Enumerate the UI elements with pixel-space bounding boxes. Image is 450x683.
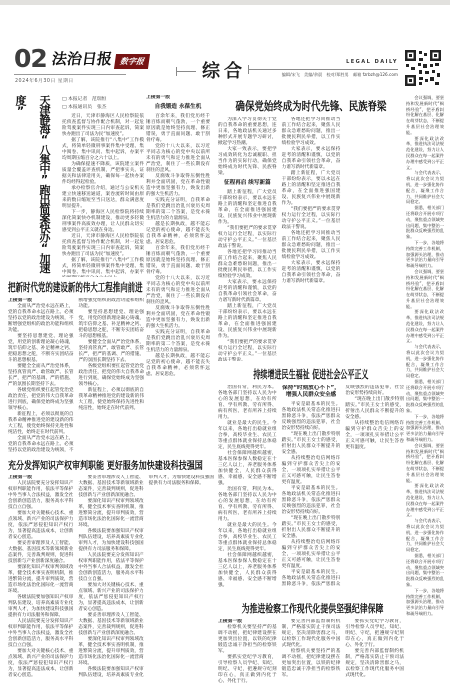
article-ip-trial: 充分发挥知识产权审判职能 更好服务加快建设科技强国 上接第一版 人民法院要充分发… bbox=[8, 457, 214, 683]
article-a-vertical-headline: 天津静海“八集中”跑出简案快办“加速度” bbox=[8, 95, 56, 277]
edition-badge: 数字报 bbox=[114, 54, 150, 69]
article-d-headline: 确保党始终成为时代先锋、民族脊梁 bbox=[236, 98, 387, 114]
paper-logo: 法治日报 bbox=[50, 48, 113, 69]
page-number: 02 bbox=[14, 47, 47, 71]
article-f-body: 检察机关要坚持严的基调不动摇，把纪律建设摆在更加突出位置，以铁的纪律锻造忠诚干净… bbox=[218, 619, 404, 683]
article-party-building: 把新时代党的建设新的伟大工程推向前进 上接第一版 全面从严治党永远在路上，党的自… bbox=[8, 279, 144, 455]
article-c-body: 人民法院要充分发挥知识产权审判职能作用，依法平等保护中外当事人合法权益，激发全社… bbox=[8, 475, 214, 683]
article-c-continued-label: 上接第一版 bbox=[8, 475, 32, 480]
article-e-headline: 持续增进民生福祉 促进社会公平正义 bbox=[253, 366, 368, 382]
article-d-subhead-1: 自我锻造 永葆生机 bbox=[146, 104, 210, 111]
header-rule-right bbox=[248, 69, 398, 70]
article-b-body: 全面从严治党永远在路上，党的自我革命永远在路上。必须坚持以党的政治建设为统领，不… bbox=[8, 298, 144, 454]
article-b-headline: 把新时代党的建设新的伟大工程推向前进 bbox=[8, 279, 100, 295]
article-f-headline: 为推进检察工作现代化提供坚强纪律保障 bbox=[242, 601, 384, 616]
masthead-rule bbox=[14, 74, 126, 75]
article-d-continued-label: 上接第一版 bbox=[146, 95, 210, 101]
article-vanguard: 确保党始终成为时代先锋、民族脊梁 为深入学习贯彻关于党的自我革命的重要思想，连日… bbox=[218, 95, 404, 361]
article-d-subhead-2: 征程再启 续写新篇 bbox=[218, 180, 277, 187]
date-line: 2024年6月30日 星期日 bbox=[15, 77, 74, 84]
article-d-column-body: 百余年来，我们党历经千锤百炼而朝气蓬勃，一个重要原因就是始终坚持真理、修正错误，… bbox=[146, 114, 210, 378]
article-b-continued-label: 上接第一版 bbox=[8, 298, 32, 303]
article-c-headline: 充分发挥知识产权审判职能 更好服务加快建设科技强国 bbox=[8, 457, 173, 472]
right-rail-body: 会议强调，要坚持和发展新时代“枫桥经验”，把矛盾纠纷化解在基层、化解在萌芽状态，… bbox=[406, 95, 444, 617]
article-livelihood: 持续增进民生福祉 促进社会公平正义 治国有常，利民为本。各地各部门坚持以人民为中… bbox=[218, 363, 404, 595]
article-d-body-pre: 为深入学习贯彻关于党的自我革命的重要思想，连日来，各地政法机关通过多种形式开展专… bbox=[218, 117, 277, 177]
section-title: 综合 bbox=[202, 57, 246, 83]
article-e-body-post: 平安是最基本的民生。各地政法机关常态化推进扫黑除恶斗争，依法严惩群众反映强烈的违… bbox=[282, 385, 404, 589]
article-a-byline-reporter: □ 本报记者 范瑞恒 bbox=[62, 96, 144, 103]
paper-name-english: LEGAL DAILY bbox=[248, 59, 398, 65]
article-f-continued-label: 上接第一版 bbox=[218, 619, 242, 624]
article-tianjin-jinghai: 天津静海“八集中”跑出简案快办“加速度” □ 本报记者 范瑞恒 □ 本报通讯员 … bbox=[8, 95, 144, 277]
article-a-byline-correspondent: □ 本报通讯员 张杰 bbox=[62, 104, 144, 111]
editor-credits: 编辑/宋飞 美编/余晨 校对/郑胜男 邮箱 fzrbzh@126.com bbox=[232, 72, 398, 78]
article-procuratorial-discipline: 为推进检察工作现代化提供坚强纪律保障 上接第一版 检察机关要坚持严的基调不动摇，… bbox=[218, 597, 404, 683]
article-e-body-pre: 治国有常，利民为本。各地各部门坚持以人民为中心的发展思想，在幼有所育、学有所教、… bbox=[218, 385, 277, 589]
article-e-subhead: 保持“时刻放心不下”，增强人民群众安全感 bbox=[282, 385, 341, 399]
header-rule-left bbox=[176, 71, 196, 72]
masthead: 02 法治日报 数字报 bbox=[14, 47, 149, 71]
article-a-body: 近日，天津市静海区人民检察院依托侦查监督与协作配合机制，对一起危险驾驶案件实现三… bbox=[62, 114, 144, 277]
newspaper-page: 02 法治日报 数字报 2024年6月30日 星期日 综合 LEGAL DAIL… bbox=[0, 0, 450, 683]
article-d-column-continued: 上接第一版 自我锻造 永葆生机 百余年来，我们党历经千锤百炼而朝气蓬勃，一个重要… bbox=[146, 95, 210, 453]
qr-code bbox=[404, 49, 442, 87]
right-rail-column: 会议强调，要坚持和发展新时代“枫桥经验”，把矛盾纠纷化解在基层、化解在萌芽状态，… bbox=[406, 95, 444, 683]
